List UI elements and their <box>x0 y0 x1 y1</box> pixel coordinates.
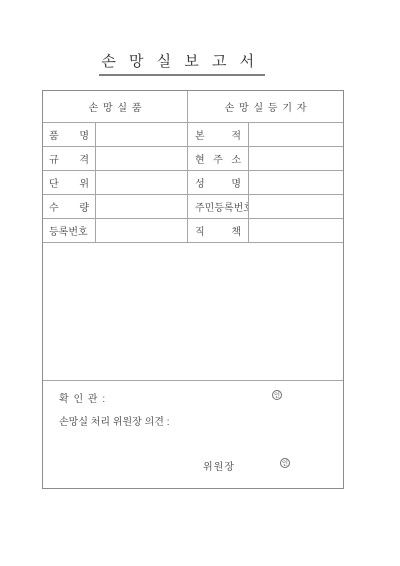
chairman-seal-icon: 인 <box>280 458 290 468</box>
table-row: 규 격 현 주 소 <box>43 147 343 171</box>
item-registration-no-label: 등록번호 <box>43 219 96 243</box>
registrant-resident-id-value[interactable] <box>249 195 343 219</box>
report-table: 손 망 실 품 손 망 실 등 기 자 품 명 본 적 규 격 현 주 소 단 … <box>42 90 344 489</box>
item-quantity-value[interactable] <box>96 195 188 219</box>
page-title-wrap: 손 망 실 보 고 서 <box>42 50 322 76</box>
registrant-address-value[interactable] <box>249 147 343 171</box>
table-row: 등록번호 직 책 <box>43 219 343 243</box>
item-spec-value[interactable] <box>96 147 188 171</box>
registrant-name-value[interactable] <box>249 171 343 195</box>
registrant-address-label: 현 주 소 <box>188 147 249 171</box>
committee-opinion-label: 손망실 처리 위원장 의견 : <box>59 413 170 428</box>
registrant-resident-id-label: 주민등록번호 <box>188 195 249 219</box>
confirmer-seal-icon: 인 <box>272 390 282 400</box>
item-spec-label: 규 격 <box>43 147 96 171</box>
chairman-label: 위원장 <box>203 458 235 473</box>
section-header-row: 손 망 실 품 손 망 실 등 기 자 <box>43 91 343 123</box>
item-name-label: 품 명 <box>43 123 96 147</box>
item-unit-value[interactable] <box>96 171 188 195</box>
footer-section: 확 인 관 : 인 손망실 처리 위원장 의견 : 위원장 인 <box>43 381 343 488</box>
loss-details-field[interactable] <box>43 243 343 381</box>
item-quantity-label: 수 량 <box>43 195 96 219</box>
item-unit-label: 단 위 <box>43 171 96 195</box>
registrant-position-value[interactable] <box>249 219 343 243</box>
table-row: 수 량 주민등록번호 <box>43 195 343 219</box>
registrant-domicile-label: 본 적 <box>188 123 249 147</box>
registrant-position-label: 직 책 <box>188 219 249 243</box>
details-row <box>43 243 343 381</box>
registrant-domicile-value[interactable] <box>249 123 343 147</box>
registrant-name-label: 성 명 <box>188 171 249 195</box>
table-row: 단 위 성 명 <box>43 171 343 195</box>
confirmer-label: 확 인 관 : <box>59 390 105 405</box>
page-title: 손 망 실 보 고 서 <box>99 50 264 76</box>
item-name-value[interactable] <box>96 123 188 147</box>
section-header-registrant: 손 망 실 등 기 자 <box>188 91 343 123</box>
table-row: 품 명 본 적 <box>43 123 343 147</box>
section-header-item: 손 망 실 품 <box>43 91 188 123</box>
item-registration-no-value[interactable] <box>96 219 188 243</box>
footer-row: 확 인 관 : 인 손망실 처리 위원장 의견 : 위원장 인 <box>43 381 343 488</box>
